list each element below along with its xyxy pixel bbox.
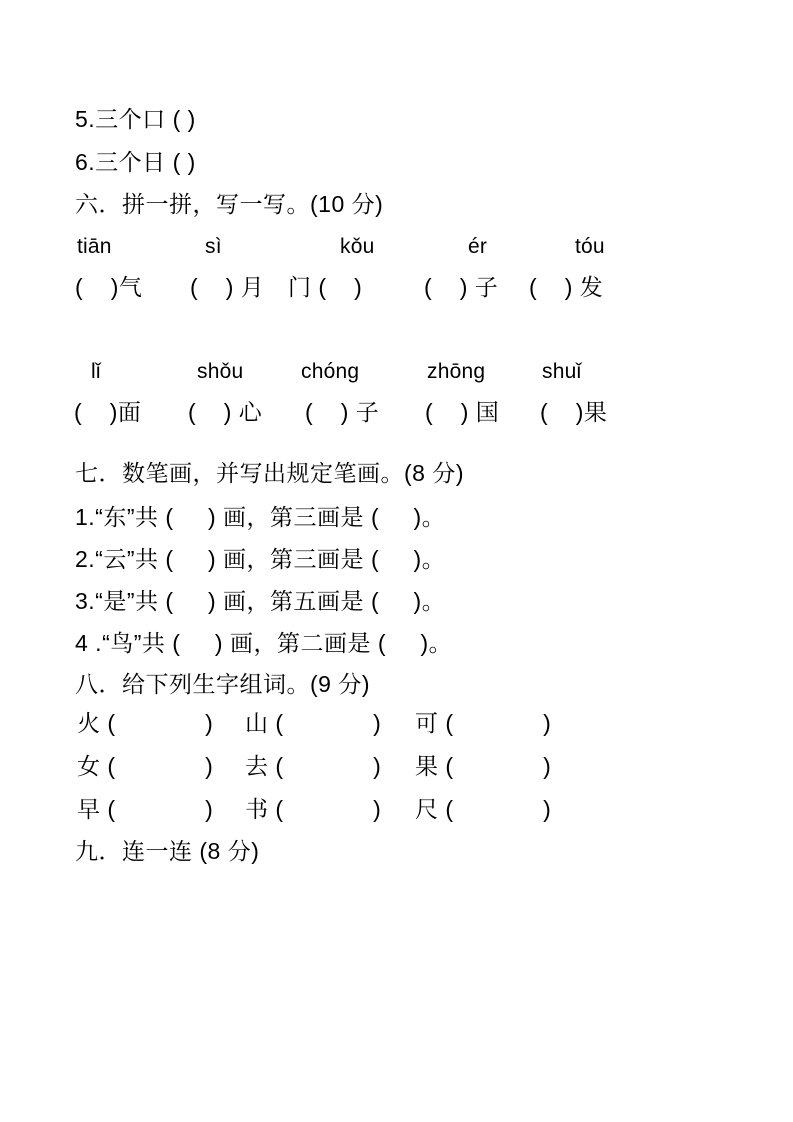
word-row-3: 早 ( ) 书 ( ) 尺 ( ) — [0, 796, 793, 830]
fill-blank-zi: ( ) 子 — [424, 274, 498, 300]
blank-row-2: ( )面 ( ) 心 ( ) 子 ( ) 国 ( )果 — [0, 399, 793, 433]
pinyin-syllable-tou: tóu — [575, 235, 605, 259]
word-blank-shu: 书 ( ) — [245, 796, 381, 822]
word-blank-ke: 可 ( ) — [415, 710, 551, 736]
word-blank-qu: 去 ( ) — [245, 753, 381, 779]
word-blank-zao: 早 ( ) — [77, 796, 213, 822]
pinyin-syllable-si: sì — [205, 235, 222, 259]
section-six-heading: 六．拼一拼，写一写。(10 分) — [75, 191, 383, 217]
pinyin-syllable-kou: kǒu — [340, 235, 374, 259]
fill-blank-men: 门 ( ) — [288, 274, 362, 300]
word-blank-chi: 尺 ( ) — [415, 796, 551, 822]
word-blank-guo3: 果 ( ) — [415, 753, 551, 779]
stroke-question-1: 1.“东”共 ( ) 画，第三画是 ( )。 — [75, 504, 445, 530]
word-row-1: 火 ( ) 山 ( ) 可 ( ) — [0, 710, 793, 744]
question-5: 5.三个口 ( ) — [75, 106, 196, 132]
word-blank-huo: 火 ( ) — [77, 710, 213, 736]
pinyin-row-1: tiān sì kǒu ér tóu — [0, 235, 793, 269]
question-6: 6.三个日 ( ) — [75, 149, 196, 175]
fill-blank-qi: ( )气 — [75, 274, 142, 300]
pinyin-row-2: lǐ shǒu chóng zhōng shuǐ — [0, 360, 793, 394]
fill-blank-yue: ( ) 月 — [190, 274, 264, 300]
stroke-question-3: 3.“是”共 ( ) 画，第五画是 ( )。 — [75, 588, 445, 614]
section-seven-heading: 七．数笔画，并写出规定笔画。(8 分) — [75, 460, 464, 486]
pinyin-syllable-chong: chóng — [301, 360, 359, 384]
section-eight-heading: 八．给下列生字组词。(9 分) — [75, 671, 370, 697]
word-blank-nv: 女 ( ) — [77, 753, 213, 779]
word-blank-shan: 山 ( ) — [245, 710, 381, 736]
fill-blank-guo2: ( )果 — [540, 399, 607, 425]
fill-blank-guo: ( ) 国 — [425, 399, 499, 425]
pinyin-syllable-tian: tiān — [77, 235, 112, 259]
stroke-question-4: 4 .“鸟”共 ( ) 画，第二画是 ( )。 — [75, 630, 452, 656]
fill-blank-fa: ( ) 发 — [529, 274, 603, 300]
stroke-question-2: 2.“云”共 ( ) 画，第三画是 ( )。 — [75, 546, 445, 572]
fill-blank-zi2: ( ) 子 — [305, 399, 379, 425]
fill-blank-xin: ( ) 心 — [188, 399, 262, 425]
pinyin-syllable-er: ér — [468, 235, 487, 259]
word-row-2: 女 ( ) 去 ( ) 果 ( ) — [0, 753, 793, 787]
pinyin-syllable-zhong: zhōng — [427, 360, 485, 384]
pinyin-syllable-shui: shuǐ — [542, 360, 581, 384]
worksheet-page: 5.三个口 ( ) 6.三个日 ( ) 六．拼一拼，写一写。(10 分) tiā… — [0, 0, 793, 1122]
pinyin-syllable-shou: shǒu — [197, 360, 243, 384]
section-nine-heading: 九．连一连 (8 分) — [75, 838, 259, 864]
pinyin-syllable-li: lǐ — [91, 360, 101, 384]
fill-blank-mian: ( )面 — [74, 399, 141, 425]
blank-row-1: ( )气 ( ) 月 门 ( ) ( ) 子 ( ) 发 — [0, 274, 793, 308]
